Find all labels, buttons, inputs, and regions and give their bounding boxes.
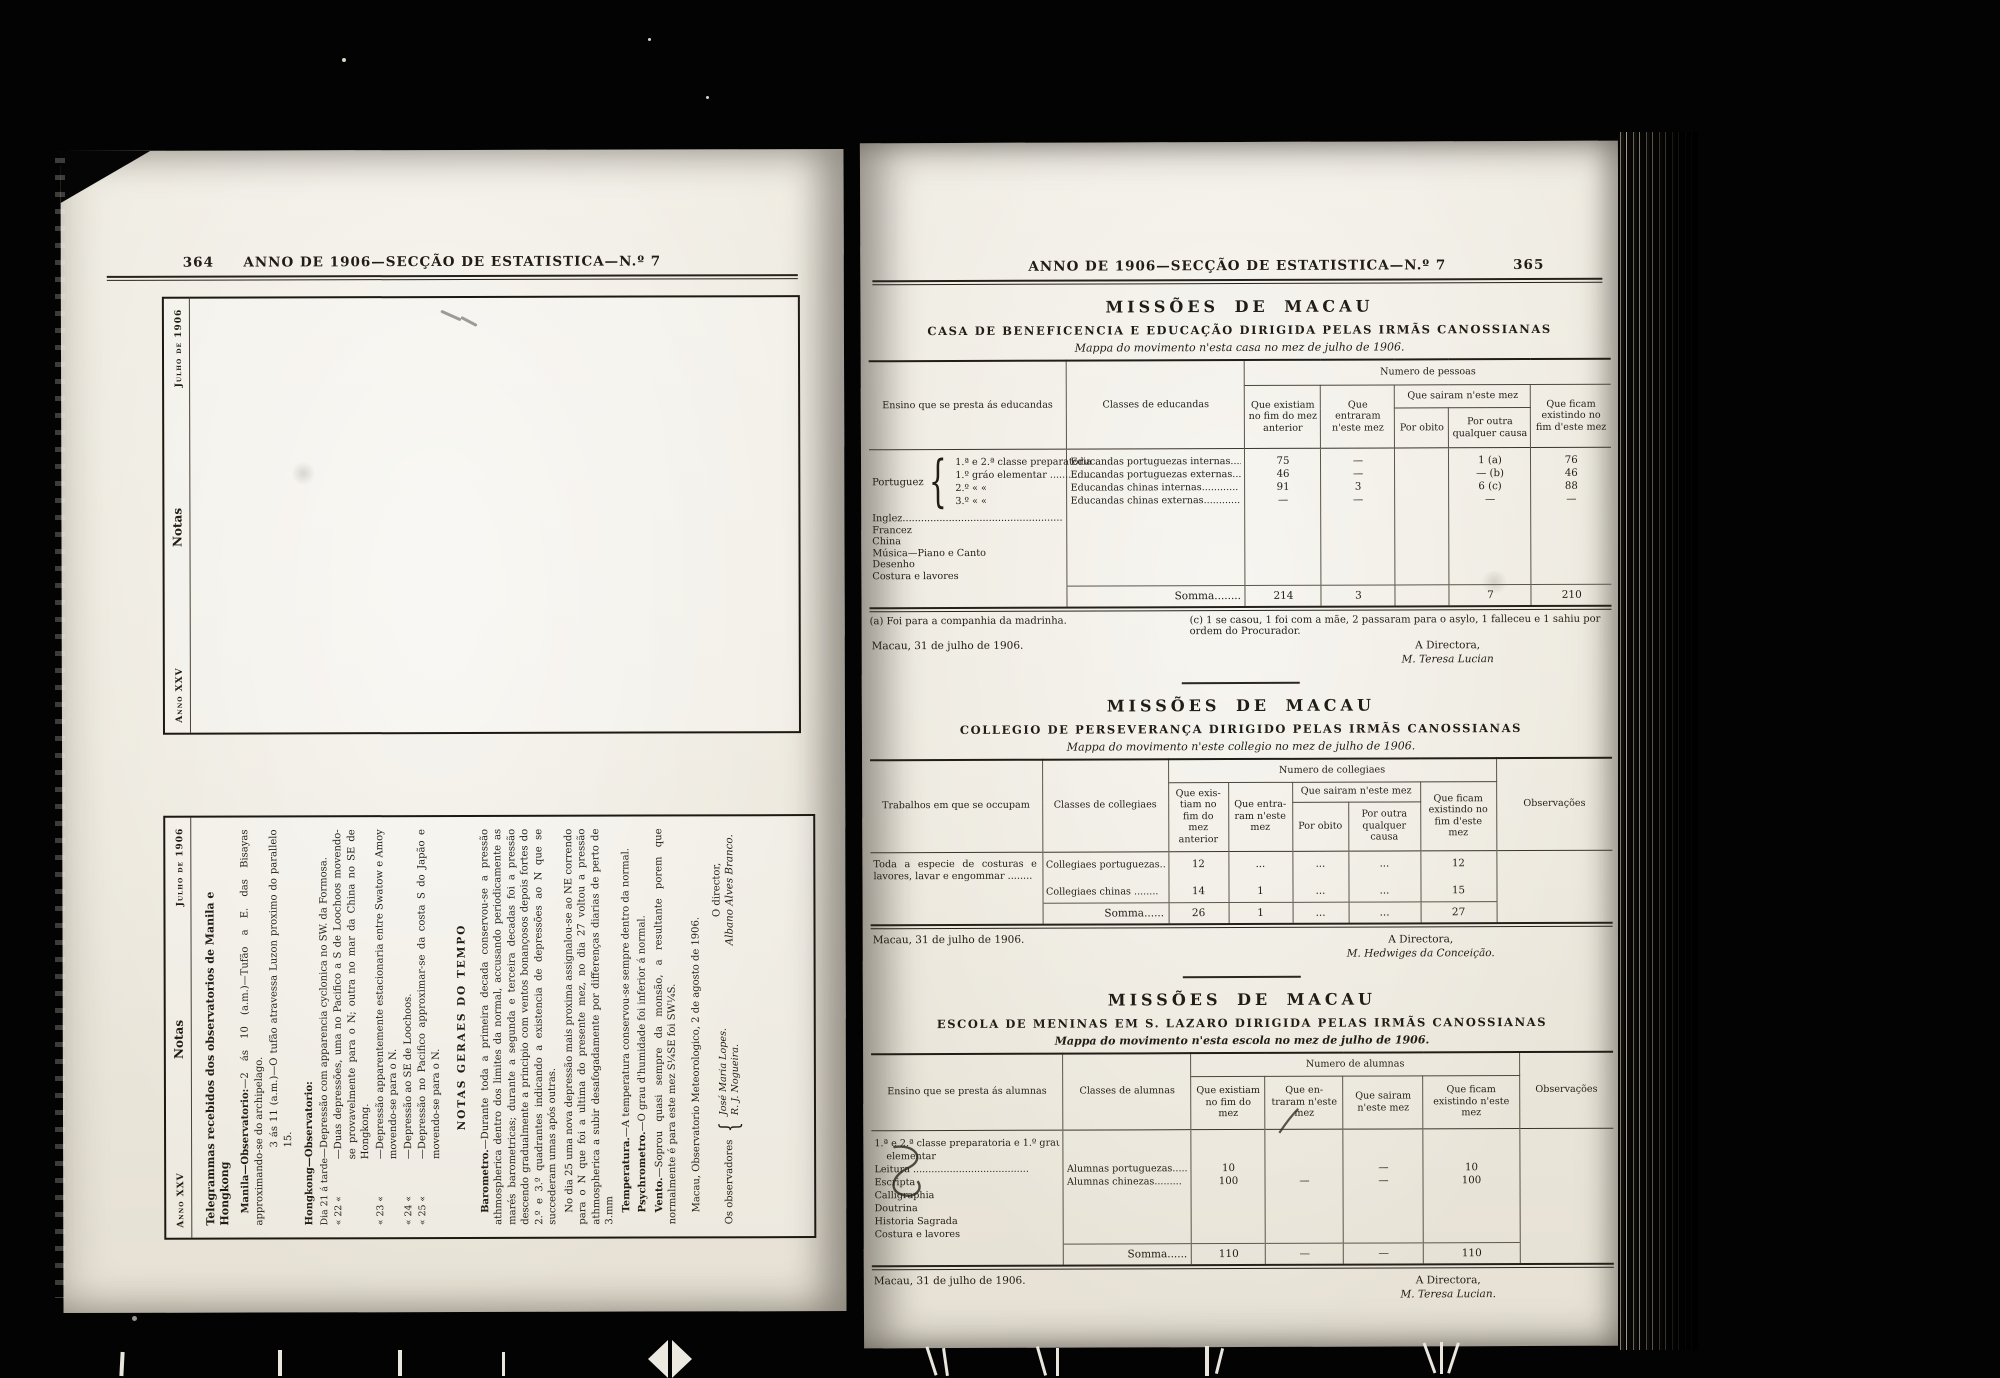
empty-cell xyxy=(1520,1242,1614,1263)
manila-paragraph: Manila—Observatorio:—2 ás 10 (a.m.)—Tufã… xyxy=(238,829,266,1225)
left-page-header-title: ANNO DE 1906—SECÇÃO DE ESTATISTICA—N.º 7 xyxy=(243,253,661,270)
hk-text: —Depressão ao SE de Loochoos. xyxy=(401,829,415,1159)
film-mark xyxy=(1440,1342,1443,1374)
value: 75 xyxy=(1248,455,1317,468)
dust-speck xyxy=(706,96,709,99)
value: — xyxy=(1249,494,1318,507)
hk-day: « 23 « xyxy=(374,1159,401,1225)
barometro-paragraph2: No dia 25 uma nova depressão mais proxim… xyxy=(562,829,617,1225)
film-mark xyxy=(278,1350,282,1376)
film-mark xyxy=(942,1348,949,1376)
ensino-list: Inglez..................................… xyxy=(872,513,1064,583)
psychrometro-label: Psychrometro. xyxy=(637,1131,648,1212)
value: ... xyxy=(1232,857,1289,870)
weather-notes-heading: NOTAS GERAES DO TEMPO xyxy=(455,829,470,1225)
hk-report-line: « 25 «—Depressão no Pacifico approximar-… xyxy=(415,829,443,1225)
value: 100 xyxy=(1195,1174,1262,1187)
right-page-header: ANNO DE 1906—SECÇÃO DE ESTATISTICA—N.º 7… xyxy=(872,257,1602,276)
hk-report-line: Dia 21 á tarde—Depressão com apparencia … xyxy=(317,829,332,1225)
value: — xyxy=(1325,493,1392,506)
col-header-ensino: Ensino que se presta ás alumnas xyxy=(871,1053,1063,1130)
film-arrow-left xyxy=(648,1340,668,1378)
signature-block: A Directora, M. Teresa Lucian xyxy=(1402,638,1494,666)
entraram-cell: — xyxy=(1265,1129,1343,1244)
somma-ficam: 210 xyxy=(1531,584,1611,605)
footnote-c: (c) 1 se casou, 1 foi com a mãe, 2 passa… xyxy=(1190,613,1612,636)
ensino-item: Costura e lavores xyxy=(872,570,1064,582)
somma-entraram: 1 xyxy=(1229,902,1293,923)
right-page: ANNO DE 1906—SECÇÃO DE ESTATISTICA—N.º 7… xyxy=(860,141,1622,1349)
somma-label: Somma...... xyxy=(1064,1244,1192,1265)
temperatura-text: —A temperatura conservou-se sempre dentr… xyxy=(620,848,632,1137)
film-mark xyxy=(1056,1348,1059,1376)
observer-name: R. J. Nogueira. xyxy=(730,1028,742,1115)
film-mark xyxy=(925,1346,937,1375)
value: 12 xyxy=(1172,858,1225,871)
dateline: Macau, 31 de julho de 1906. xyxy=(871,933,1025,962)
sig-name: M. Hedwiges da Conceição. xyxy=(1347,947,1495,960)
notes-box-empty: Anno XXV Notas Julho de 1906 xyxy=(162,295,801,735)
left-page-header: 364 ANNO DE 1906—SECÇÃO DE ESTATISTICA—N… xyxy=(107,253,798,271)
value: 46 xyxy=(1249,468,1318,481)
classe-row: Educandas portuguezas externas...... xyxy=(1071,468,1242,482)
manila-line2: 3 ás 11 (a.m.)—O tufão atravessa Luzon p… xyxy=(267,829,295,1225)
signature-row: Macau, 31 de julho de 1906. A Directora,… xyxy=(870,637,1612,668)
col-header-existiam: Que existiam no fim do mez anterior xyxy=(1245,385,1321,448)
value: 88 xyxy=(1535,480,1609,493)
hk-text: —Depressão apparentemente estacionaria e… xyxy=(373,829,401,1159)
col-header-sairam: Que sairam n'este mez xyxy=(1395,384,1531,408)
section-subtitle: ESCOLA DE MENINAS EM S. LAZARO DIRIGIDA … xyxy=(863,1014,1621,1031)
somma-label: Somma........ xyxy=(1067,585,1245,606)
col-header-ensino: Ensino que se presta ás educandas xyxy=(869,361,1067,450)
film-strip xyxy=(0,1332,2000,1378)
hk-day: « 25 « xyxy=(416,1159,443,1225)
hk-day: Dia 21 á tarde xyxy=(318,1158,332,1225)
escola-table: Ensino que se presta ás alumnas Classes … xyxy=(871,1050,1614,1265)
value: 46 xyxy=(1535,467,1609,480)
right-page-number: 365 xyxy=(1513,257,1544,273)
anno-label: Anno XXV xyxy=(175,667,185,722)
col-header-outra: Por outra qualquer causa xyxy=(1348,802,1420,851)
section-escola-meninas: MISSÕES DE MACAU ESCOLA DE MENINAS EM S.… xyxy=(863,988,1622,1303)
col-header-classes: Classes de alumnas xyxy=(1063,1053,1191,1130)
value: — xyxy=(1347,1161,1420,1174)
value: — xyxy=(1325,467,1392,480)
barometro-label: Barometro. xyxy=(480,1149,491,1213)
page-torn-edge xyxy=(55,158,65,1298)
notas-title: Notas xyxy=(170,508,184,547)
value: ... xyxy=(1352,857,1417,870)
col-header-existiam: Que existiam no fim do mez xyxy=(1191,1076,1265,1129)
notes-body: Telegrammas recebidos dos observatorios … xyxy=(191,816,743,1237)
group-header-collegiaes: Numero de collegiaes xyxy=(1168,758,1496,783)
right-page-header-title: ANNO DE 1906—SECÇÃO DE ESTATISTICA—N.º 7 xyxy=(1028,257,1446,274)
signatures-row: Os observadores { José Maria Lopes. R. J… xyxy=(710,828,743,1224)
psychrometro-text: —O grau d'humidade foi inferior á normal… xyxy=(636,915,648,1131)
ficam-cell: 76 46 88 — xyxy=(1531,447,1612,584)
section-title: MISSÕES DE MACAU xyxy=(863,988,1621,1010)
group-header-pessoas: Numero de pessoas xyxy=(1245,359,1611,386)
film-mark xyxy=(1205,1346,1209,1376)
classes-cell: Alumnas portuguezas..... Alumnas chineza… xyxy=(1063,1129,1191,1244)
outra-cell: ... ... xyxy=(1348,850,1420,901)
value: ... xyxy=(1296,857,1345,870)
footnote-a: (a) Foi para a companhia da madrinha. xyxy=(870,615,1162,638)
anno-label: Anno XXV xyxy=(176,1172,186,1227)
value: 76 xyxy=(1534,454,1608,467)
classe-row: Educandas chinas internas............ xyxy=(1071,481,1242,495)
value: — xyxy=(1269,1174,1340,1187)
somma-entraram: — xyxy=(1266,1243,1344,1264)
film-arrow-right xyxy=(672,1340,692,1378)
somma-entraram: 3 xyxy=(1321,584,1395,605)
value: 91 xyxy=(1249,481,1318,494)
col-header-existiam: Que exis- tiam no fim do mez anterior xyxy=(1168,782,1228,851)
dust-speck xyxy=(648,38,651,41)
entraram-cell: ... 1 xyxy=(1228,851,1292,902)
sig-role: A Directora, xyxy=(1415,639,1480,651)
classe-row: Educandas portuguezas internas...... xyxy=(1070,455,1241,469)
psychrometro-paragraph: Psychrometro.—O grau d'humidade foi infe… xyxy=(635,828,650,1224)
somma-existiam: 214 xyxy=(1245,585,1321,606)
empty-cell xyxy=(872,1244,1064,1265)
director-name: Albano Alves Branco. xyxy=(723,834,735,945)
brace-glyph: { xyxy=(929,457,947,507)
film-mark xyxy=(1215,1348,1224,1374)
collegio-table: Trabalhos em que se occupam Classes de c… xyxy=(870,756,1613,924)
month-label: Julho de 1906 xyxy=(174,309,184,388)
film-mark xyxy=(502,1352,505,1376)
ink-scribble xyxy=(885,1141,931,1201)
ensino-item: Música—Piano e Canto xyxy=(872,547,1064,559)
col-header-obito: Por obito xyxy=(1292,802,1348,851)
notas-title: Notas xyxy=(172,1020,186,1059)
scan-shadow-wedge xyxy=(60,151,150,203)
classe-row: Collegiaes portuguezas.. xyxy=(1046,858,1165,871)
hongkong-label: Hongkong—Observatorio: xyxy=(302,829,317,1225)
value: 14 xyxy=(1172,885,1225,898)
somma-row: Somma...... 26 1 ... ... 27 xyxy=(871,901,1613,924)
classes-cell: Collegiaes portuguezas.. Collegiaes chin… xyxy=(1042,851,1168,902)
value: 10 xyxy=(1195,1161,1262,1174)
value: 15 xyxy=(1424,884,1493,897)
month-label: Julho de 1906 xyxy=(175,828,185,907)
value: — xyxy=(1347,1174,1420,1187)
section-title: MISSÕES DE MACAU xyxy=(862,694,1620,716)
col-header-sairam: Que sairam n'este mez xyxy=(1292,781,1420,802)
section-caption: Mappa do movimento n'este collegio no me… xyxy=(862,738,1620,754)
observacoes-cell xyxy=(1519,1128,1613,1243)
left-page: 364 ANNO DE 1906—SECÇÃO DE ESTATISTICA—N… xyxy=(60,149,846,1313)
outra-cell: 1 (a) — (b) 6 (c) — xyxy=(1449,447,1531,584)
portuguez-label: Portuguez xyxy=(872,477,924,488)
existiam-cell: 12 14 xyxy=(1168,851,1228,902)
sig-name: M. Teresa Lucian xyxy=(1402,653,1494,665)
dust-speck xyxy=(132,1316,137,1321)
somma-obito xyxy=(1395,584,1449,605)
value: 10 xyxy=(1427,1161,1516,1174)
dust-speck xyxy=(342,58,346,62)
ficam-cell: 12 15 xyxy=(1420,850,1496,901)
col-header-classes: Classes de educandas xyxy=(1067,360,1245,449)
sig-name: M. Teresa Lucian. xyxy=(1401,1288,1496,1300)
signature-block: A Directora, M. Teresa Lucian. xyxy=(1400,1273,1495,1301)
value: 3 xyxy=(1325,480,1392,493)
dateline: Macau, 31 de julho de 1906. xyxy=(872,1275,1026,1304)
smudge xyxy=(1479,571,1509,593)
somma-sairam: — xyxy=(1344,1243,1424,1264)
value: — xyxy=(1324,454,1391,467)
section-title: MISSÕES DE MACAU xyxy=(860,296,1618,318)
hk-report-line: « 24 «—Depressão ao SE de Loochoos. xyxy=(401,829,416,1225)
brace-glyph: { xyxy=(717,1122,743,1132)
film-mark xyxy=(1423,1342,1437,1373)
sig-role: A Directora, xyxy=(1388,933,1453,945)
hk-day: « 24 « xyxy=(402,1159,416,1225)
ensino-item: Desenho xyxy=(872,559,1064,571)
section-subtitle: CASA DE BENEFICENCIA E EDUCAÇÃO DIRIGIDA… xyxy=(861,322,1619,339)
observer-name: José Maria Lopes. xyxy=(718,1028,730,1115)
value: ... xyxy=(1296,884,1345,897)
somma-ficam: 110 xyxy=(1424,1243,1520,1264)
ficam-cell: 10 100 xyxy=(1423,1128,1519,1243)
value: 6 (c) xyxy=(1453,480,1528,493)
section-caption: Mappa do movimento n'esta casa no mez de… xyxy=(861,340,1619,356)
section-subtitle: COLLEGIO DE PERSEVERANÇA DIRIGIDO PELAS … xyxy=(862,720,1620,737)
section-caption: Mappa do movimento n'esta escola no mez … xyxy=(863,1032,1621,1048)
vento-label: Vento. xyxy=(654,1177,665,1212)
notes-box-header: Anno XXV Notas Julho de 1906 xyxy=(165,818,192,1238)
somma-label: Somma...... xyxy=(1043,902,1169,923)
hk-report-line: « 23 «—Depressão apparentemente estacion… xyxy=(373,829,401,1225)
ensino-item: Inglez..................................… xyxy=(872,513,1064,525)
temperatura-paragraph: Temperatura.—A temperatura conservou-se … xyxy=(619,829,634,1225)
classe-row: Collegiaes chinas ........ xyxy=(1046,885,1165,898)
signature-block: A Directora, M. Hedwiges da Conceição. xyxy=(1347,932,1495,961)
sairam-cell: — — xyxy=(1343,1128,1423,1243)
ensino-item: Historia Sagrada xyxy=(875,1214,1061,1228)
classe-row: Alumnas chinezas......... xyxy=(1067,1175,1188,1188)
ensino-cell: Portuguez { 1.ª e 2.ª classe preparatori… xyxy=(869,449,1067,586)
notes-box-header: Anno XXV Notas Julho de 1906 xyxy=(164,299,191,733)
footnotes: (a) Foi para a companhia da madrinha. (c… xyxy=(870,613,1612,638)
existiam-cell: 75 46 91 — xyxy=(1245,448,1321,585)
notes-box-telegrams: Anno XXV Notas Julho de 1906 Telegrammas… xyxy=(163,814,816,1240)
header-rule xyxy=(872,278,1602,286)
group-header-alumnas: Numero de alumnas xyxy=(1191,1052,1519,1077)
col-header-observacoes: Observações xyxy=(1496,757,1612,850)
somma-obito: ... xyxy=(1293,902,1349,923)
section-divider xyxy=(1183,975,1301,977)
ensino-item: China xyxy=(872,536,1064,548)
section-casa-beneficencia: MISSÕES DE MACAU CASA DE BENEFICENCIA E … xyxy=(860,296,1619,668)
microfilm-scan: 364 ANNO DE 1906—SECÇÃO DE ESTATISTICA—N… xyxy=(0,0,2000,1378)
obito-cell xyxy=(1395,448,1449,585)
director-block: O director, Albano Alves Branco. xyxy=(710,828,736,945)
trabalhos-text: Toda a especie de costuras e lavores, la… xyxy=(873,858,1039,883)
director-label: O director, xyxy=(710,834,723,945)
empty-cell xyxy=(1497,901,1613,922)
hk-text: —Depressão com apparencia cyclonica no S… xyxy=(317,829,331,1158)
left-page-number: 364 xyxy=(183,255,214,271)
observers-label: Os observadores xyxy=(723,1140,737,1225)
col-header-entraram: Que entraram n'este mez xyxy=(1321,385,1395,448)
dateline: Macau, 31 de julho de 1906. xyxy=(870,639,1024,668)
empty-cell xyxy=(869,586,1067,607)
col-header-trabalhos: Trabalhos em que se occupam xyxy=(870,759,1042,852)
film-mark xyxy=(398,1350,402,1376)
hk-text: —Duas depressões, uma no Pacifico a S de… xyxy=(331,829,372,1159)
vento-paragraph: Vento.—Soprou quasi sempre da monsão, a … xyxy=(652,828,680,1224)
col-header-outra: Por outra qualquer causa xyxy=(1449,408,1531,448)
hk-report-line: « 22 «—Duas depressões, uma no Pacifico … xyxy=(331,829,373,1225)
signature-row: Macau, 31 de julho de 1906. A Directora,… xyxy=(872,1273,1614,1304)
section-collegio-perseveranca: MISSÕES DE MACAU COLLEGIO DE PERSEVERANÇ… xyxy=(862,694,1621,962)
value: 12 xyxy=(1424,857,1493,870)
value: — xyxy=(1535,493,1609,506)
value: — xyxy=(1453,493,1528,506)
ink-slash xyxy=(1275,1106,1301,1136)
col-header-classes: Classes de collegiaes xyxy=(1042,759,1168,852)
value: 1 (a) xyxy=(1452,454,1527,467)
value: ... xyxy=(1352,884,1417,897)
ensino-item: Doutrina xyxy=(875,1201,1061,1215)
film-mark xyxy=(119,1352,124,1376)
col-header-observacoes: Observações xyxy=(1519,1051,1613,1128)
existiam-cell: 10 100 xyxy=(1191,1129,1265,1244)
col-header-obito: Por obito xyxy=(1395,408,1449,448)
vento-text: —Soprou quasi sempre da monsão, a result… xyxy=(653,828,679,1224)
sig-role: A Directora, xyxy=(1416,1274,1481,1286)
smudge xyxy=(292,460,314,486)
observacoes-cell xyxy=(1496,850,1612,901)
temperatura-label: Temperatura. xyxy=(621,1137,632,1212)
section-divider xyxy=(1182,681,1300,683)
manila-label: Manila—Observatorio: xyxy=(240,1089,251,1214)
film-mark xyxy=(1036,1346,1047,1376)
casa-table: Ensino que se presta ás educandas Classe… xyxy=(869,358,1612,607)
portuguez-group: Portuguez { 1.ª e 2.ª classe preparatori… xyxy=(872,456,1064,509)
trabalhos-cell: Toda a especie de costuras e lavores, la… xyxy=(870,852,1042,904)
somma-ficam: 27 xyxy=(1421,901,1497,922)
somma-existiam: 26 xyxy=(1169,902,1229,923)
value: — (b) xyxy=(1453,467,1528,480)
hk-text: —Depressão no Pacifico approximar-se da … xyxy=(415,829,443,1159)
classe-row: Alumnas portuguezas..... xyxy=(1067,1162,1188,1175)
hk-day: « 22 « xyxy=(332,1159,373,1225)
empty-cell xyxy=(871,903,1043,924)
col-header-sairam: Que sairam n'este mez xyxy=(1343,1075,1423,1128)
value: 1 xyxy=(1232,884,1289,897)
somma-row: Somma...... 110 — — 110 xyxy=(872,1242,1614,1265)
telegrams-heading: Telegrammas recebidos dos observatorios … xyxy=(203,830,231,1226)
col-header-ficam: Que ficam existindo no fim d'este mez xyxy=(1420,781,1496,850)
ensino-item: Francez xyxy=(872,524,1064,536)
value: 100 xyxy=(1427,1174,1516,1187)
somma-outra: ... xyxy=(1349,901,1421,922)
col-header-ficam: Que ficam existindo no fim d'este mez xyxy=(1531,384,1611,447)
header-rule xyxy=(107,274,798,281)
col-header-entraram: Que entra- ram n'este mez xyxy=(1228,782,1292,851)
somma-existiam: 110 xyxy=(1192,1243,1266,1264)
signature-row: Macau, 31 de julho de 1906. A Directora,… xyxy=(871,931,1613,962)
entraram-cell: — — 3 — xyxy=(1321,448,1395,585)
classes-cell: Educandas portuguezas internas...... Edu… xyxy=(1067,448,1245,585)
col-header-ficam: Que ficam existindo n'este mez xyxy=(1423,1075,1519,1128)
classe-row: Educandas chinas externas............ xyxy=(1071,494,1242,508)
obito-cell: ... ... xyxy=(1292,851,1348,902)
page-edge-shadow xyxy=(1618,132,1698,1350)
ensino-item: Costura e lavores xyxy=(875,1227,1061,1241)
barometro-paragraph: Barometro.—Durante toda a primeira decad… xyxy=(478,829,560,1225)
observers-block: Os observadores { José Maria Lopes. R. J… xyxy=(717,1028,744,1224)
value xyxy=(1269,1161,1340,1174)
observatory-dateline: Macau, Observatorio Meteorologico, 2 de … xyxy=(689,828,704,1224)
film-mark xyxy=(1447,1342,1460,1373)
